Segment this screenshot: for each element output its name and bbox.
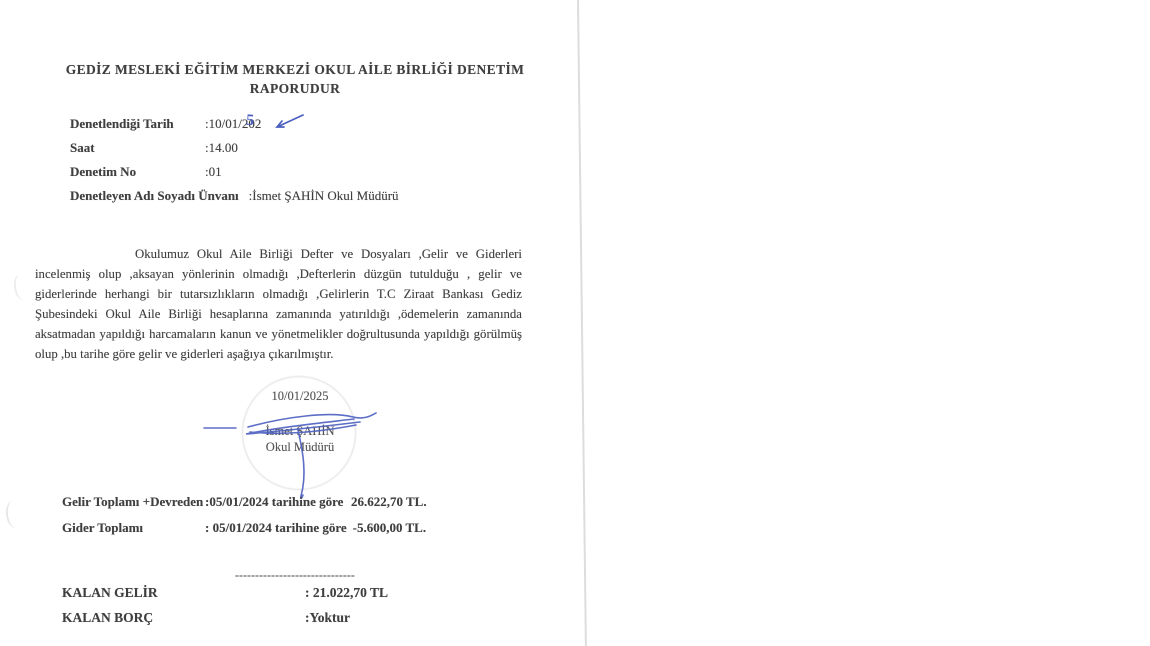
remaining-debt-row: KALAN BORÇ :Yoktur	[62, 610, 502, 625]
expense-total-label: Gider Toplamı	[62, 520, 205, 535]
remaining-debt-label: KALAN BORÇ	[62, 610, 305, 625]
income-total-row: Gelir Toplamı +Devreden :05/01/2024 tari…	[62, 494, 532, 509]
scan-artifact	[5, 499, 26, 529]
report-title-line1: GEDİZ MESLEKİ EĞİTİM MERKEZİ OKUL AİLE B…	[55, 60, 535, 79]
auditor-value: :İsmet ŞAHİN Okul Müdürü	[249, 188, 399, 203]
field-row-audit-date: Denetlendiği Tarih :10/01/202 5	[70, 116, 530, 131]
income-total-reference: :05/01/2024 tarihine göre	[205, 494, 345, 509]
field-row-audit-no: Denetim No :01	[70, 164, 530, 179]
report-title-line2: RAPORUDUR	[55, 79, 535, 98]
remaining-income-row: KALAN GELİR : 21.022,70 TL	[62, 585, 502, 600]
remaining-income-label: KALAN GELİR	[62, 585, 305, 600]
signature-ink	[190, 378, 450, 513]
remaining-debt-value: :Yoktur	[305, 610, 350, 625]
time-label: Saat	[70, 140, 205, 155]
handwritten-checkmark	[265, 112, 307, 132]
scan-artifact	[12, 273, 31, 301]
field-row-auditor: Denetleyen Adı Soyadı Ünvanı :İsmet ŞAHİ…	[70, 188, 530, 203]
handwritten-digit: 5	[245, 113, 254, 129]
audit-date-label: Denetlendiği Tarih	[70, 116, 205, 131]
scan-fold-line	[577, 0, 587, 646]
remaining-income-value: : 21.022,70 TL	[305, 585, 388, 600]
dashed-separator: ------------------------------	[235, 568, 355, 583]
expense-total-row: Gider Toplamı : 05/01/2024 tarihine göre…	[62, 520, 532, 535]
auditor-label: Denetleyen Adı Soyadı Ünvanı	[70, 188, 249, 203]
field-row-time: Saat :14.00	[70, 140, 530, 155]
expense-total-reference: : 05/01/2024 tarihine göre	[205, 520, 347, 535]
income-total-amount: 26.622,70 TL.	[351, 494, 427, 509]
time-value: :14.00	[205, 140, 238, 155]
remainder-summary: KALAN GELİR : 21.022,70 TL KALAN BORÇ :Y…	[62, 585, 502, 635]
expense-total-amount: -5.600,00 TL.	[353, 520, 426, 535]
audit-findings-paragraph: Okulumuz Okul Aile Birliği Defter ve Dos…	[35, 244, 522, 364]
audit-header-fields: Denetlendiği Tarih :10/01/202 5 Saat :14…	[70, 116, 530, 212]
income-total-label: Gelir Toplamı +Devreden	[62, 494, 205, 509]
audit-no-value: :01	[205, 164, 222, 179]
audit-no-label: Denetim No	[70, 164, 205, 179]
financial-totals: Gelir Toplamı +Devreden :05/01/2024 tari…	[62, 494, 532, 546]
report-title: GEDİZ MESLEKİ EĞİTİM MERKEZİ OKUL AİLE B…	[55, 60, 535, 98]
